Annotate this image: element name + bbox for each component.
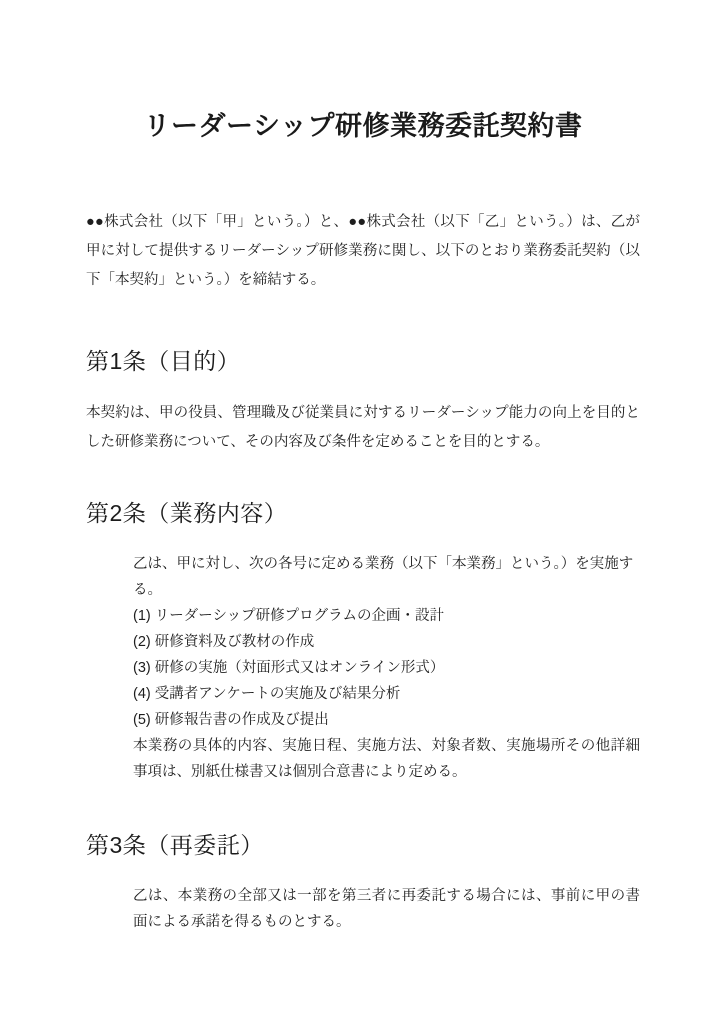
article-1-body: 本契約は、甲の役員、管理職及び従業員に対するリーダーシップ能力の向上を目的とした… <box>86 399 640 457</box>
article-2-body: 乙は、甲に対し、次の各号に定める業務（以下「本業務」という。）を実施する。 (1… <box>133 551 640 785</box>
document-title: リーダーシップ研修業務委託契約書 <box>86 106 640 146</box>
preamble-paragraph: ●●株式会社（以下「甲」という。）と、●●株式会社（以下「乙」という。）は、乙が… <box>86 208 640 295</box>
article-2: 第2条（業務内容） 乙は、甲に対し、次の各号に定める業務（以下「本業務」という。… <box>86 497 640 785</box>
article-3-body: 乙は、本業務の全部又は一部を第三者に再委託する場合には、事前に甲の書面による承諾… <box>133 883 640 935</box>
article-3-heading: 第3条（再委託） <box>86 829 640 861</box>
document-content: リーダーシップ研修業務委託契約書 ●●株式会社（以下「甲」という。）と、●●株式… <box>86 0 640 935</box>
article-3: 第3条（再委託） 乙は、本業務の全部又は一部を第三者に再委託する場合には、事前に… <box>86 829 640 935</box>
service-item-3: (3) 研修の実施（対面形式又はオンライン形式） <box>133 655 640 681</box>
service-item-2: (2) 研修資料及び教材の作成 <box>133 629 640 655</box>
article-2-closing: 本業務の具体的内容、実施日程、実施方法、対象者数、実施場所その他詳細事項は、別紙… <box>133 733 640 785</box>
service-item-1: (1) リーダーシップ研修プログラムの企画・設計 <box>133 603 640 629</box>
article-2-heading: 第2条（業務内容） <box>86 497 640 529</box>
article-3-body-block: 乙は、本業務の全部又は一部を第三者に再委託する場合には、事前に甲の書面による承諾… <box>133 883 640 935</box>
article-2-intro: 乙は、甲に対し、次の各号に定める業務（以下「本業務」という。）を実施する。 <box>133 551 640 603</box>
service-item-4: (4) 受講者アンケートの実施及び結果分析 <box>133 681 640 707</box>
article-1: 第1条（目的） 本契約は、甲の役員、管理職及び従業員に対するリーダーシップ能力の… <box>86 345 640 457</box>
service-item-5: (5) 研修報告書の作成及び提出 <box>133 707 640 733</box>
contract-document-page: リーダーシップ研修業務委託契約書 ●●株式会社（以下「甲」という。）と、●●株式… <box>0 0 724 1024</box>
article-1-heading: 第1条（目的） <box>86 345 640 377</box>
